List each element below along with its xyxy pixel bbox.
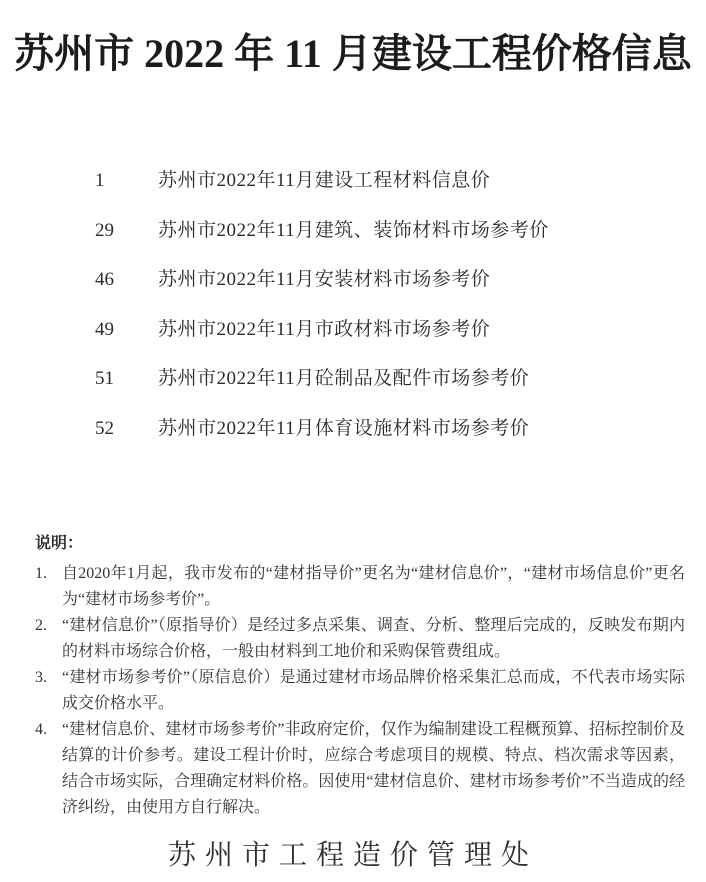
toc-row: 52 苏州市2022年11月体育设施材料市场参考价 (95, 418, 666, 468)
toc-page-number: 49 (95, 319, 158, 341)
note-text: “建材市场参考价”（原信息价）是通过建材市场品牌价格采集汇总而成，不代表市场实际… (62, 665, 685, 717)
notes-list: 1. 自2020年1月起，我市发布的“建材指导价”更名为“建材信息价”，“建材市… (35, 561, 685, 821)
toc-row: 51 苏州市2022年11月砼制品及配件市场参考价 (95, 368, 666, 418)
note-number: 2. (35, 613, 62, 639)
toc-row: 46 苏州市2022年11月安装材料市场参考价 (95, 269, 666, 319)
page-title: 苏州市 2022 年 11 月建设工程价格信息 (0, 22, 706, 79)
toc-row: 49 苏州市2022年11月市政材料市场参考价 (95, 319, 666, 369)
note-number: 4. (35, 717, 62, 743)
toc-row: 29 苏州市2022年11月建筑、装饰材料市场参考价 (95, 220, 666, 270)
table-of-contents: 1 苏州市2022年11月建设工程材料信息价 29 苏州市2022年11月建筑、… (95, 170, 666, 467)
toc-page-number: 1 (95, 170, 158, 192)
toc-entry-title: 苏州市2022年11月体育设施材料市场参考价 (158, 418, 666, 440)
notes-heading: 说明： (35, 530, 83, 553)
note-item: 1. 自2020年1月起，我市发布的“建材指导价”更名为“建材信息价”，“建材市… (35, 561, 685, 613)
toc-entry-title: 苏州市2022年11月砼制品及配件市场参考价 (158, 368, 666, 390)
toc-entry-title: 苏州市2022年11月建设工程材料信息价 (158, 170, 666, 192)
toc-entry-title: 苏州市2022年11月市政材料市场参考价 (158, 319, 666, 341)
note-number: 3. (35, 665, 62, 691)
document-page: 苏州市 2022 年 11 月建设工程价格信息 1 苏州市2022年11月建设工… (0, 0, 706, 882)
toc-entry-title: 苏州市2022年11月建筑、装饰材料市场参考价 (158, 220, 666, 242)
note-number: 1. (35, 561, 62, 587)
toc-page-number: 46 (95, 269, 158, 291)
toc-page-number: 51 (95, 368, 158, 390)
note-item: 3. “建材市场参考价”（原信息价）是通过建材市场品牌价格采集汇总而成，不代表市… (35, 665, 685, 717)
note-item: 4. “建材信息价、建材市场参考价”非政府定价，仅作为编制建设工程概预算、招标控… (35, 717, 685, 821)
note-text: “建材信息价”（原指导价）是经过多点采集、调查、分析、整理后完成的，反映发布期内… (62, 613, 685, 665)
toc-row: 1 苏州市2022年11月建设工程材料信息价 (95, 170, 666, 220)
note-text: 自2020年1月起，我市发布的“建材指导价”更名为“建材信息价”，“建材市场信息… (62, 561, 685, 613)
note-text: “建材信息价、建材市场参考价”非政府定价，仅作为编制建设工程概预算、招标控制价及… (62, 717, 685, 821)
toc-page-number: 29 (95, 220, 158, 242)
toc-page-number: 52 (95, 418, 158, 440)
issuer-footer: 苏州市工程造价管理处 (0, 833, 706, 873)
toc-entry-title: 苏州市2022年11月安装材料市场参考价 (158, 269, 666, 291)
note-item: 2. “建材信息价”（原指导价）是经过多点采集、调查、分析、整理后完成的，反映发… (35, 613, 685, 665)
